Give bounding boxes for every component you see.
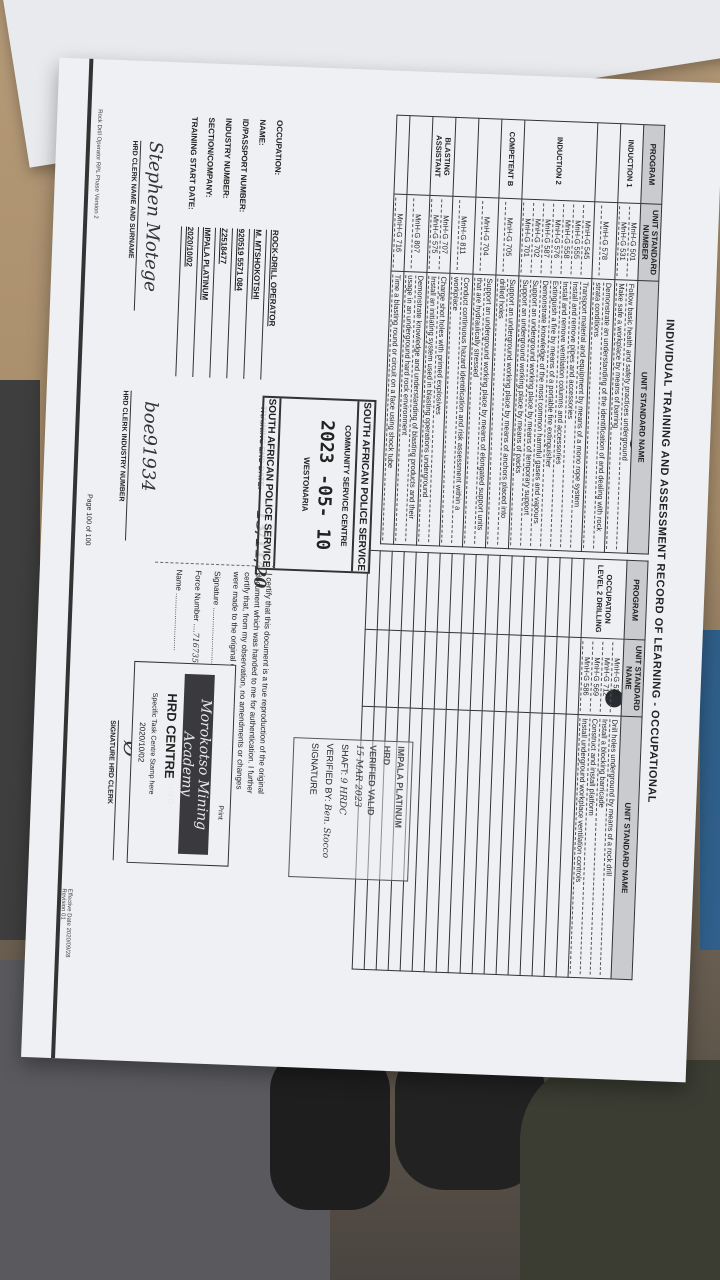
name-label: Name (174, 569, 184, 591)
police-stamp-footer: SOUTH AFRICAN POLICE SERVICE (258, 398, 282, 569)
clerk-industry-handwriting: boe91934 (137, 401, 161, 492)
program-cell (453, 117, 479, 197)
occupation-label: OCCUPATION: (267, 120, 287, 231)
police-stamp-date: 2023 -05- 10 (311, 400, 339, 571)
unit-name-cell: Transport material and equipment by mean… (508, 276, 591, 552)
unit-code: MnH-G 811 (457, 200, 470, 270)
signature-label: Signature (212, 571, 222, 606)
unit-code-cell: MnH-G 545MnH-G 555MnH-G 558MnH-G 576MnH-… (519, 199, 595, 279)
unit-code-cell: MnH-G 501MnH-G 531 (615, 203, 641, 281)
footer-version: Rock Drill Operator RPL Phase Version 2 (92, 109, 102, 219)
header-program: PROGRAM (624, 560, 648, 640)
impala-verification-stamp: IMPALA PLATINUM HRD VERIFIED VALID 15 MA… (288, 737, 413, 882)
footer-effective-date: Effective Date 2020/09/28 Revision 01 (57, 888, 72, 978)
clerk-signature-label: SIGNATURE HRD CLERK (104, 720, 119, 860)
background-shoe (270, 1050, 390, 1210)
hrd-stamp-banner: Morokotso Mining Academy UNDERGROUND (178, 674, 215, 855)
header-program: PROGRAM (641, 125, 665, 205)
force-number-label: Force Number (192, 570, 203, 621)
program-cell (476, 118, 502, 198)
clerk-name-handwriting: Stephen Motege (140, 141, 167, 292)
program-cell: BLASTING ASSISTANT (430, 116, 456, 196)
header-unit-number: UNIT STANDARD NUMBER (638, 204, 662, 282)
police-stamp: SOUTH AFRICAN POLICE SERVICE COMMUNITY S… (256, 396, 377, 574)
hrd-specific-text: Specific Task Centre Stamp here (147, 693, 158, 795)
print-label: Print (216, 805, 224, 820)
document-page: INDIVIDUAL TRAINING AND ASSESSMENT RECOR… (21, 58, 720, 1083)
unit-code-cell: MnH-G 707MnH-G 575 (427, 195, 453, 273)
unit-code-cell: MnH-G 525MnH-G 712MnH-G 569MnH-G 586 (578, 638, 624, 717)
program-cell: INDUCTION 2 (522, 120, 598, 202)
unit-code: MnH-G 807 (411, 198, 424, 268)
unit-code: MnH-G 704 (480, 201, 493, 271)
verified-by-value: Ben. Stocco (320, 804, 332, 859)
header-unit-name: UNIT STANDARD NAME (621, 639, 645, 717)
shaft-value: 9 HRDC (337, 777, 348, 815)
unit-code: MnH-G 705 (503, 202, 516, 272)
learner-details: OCCUPATION:ROCK-DRILL OPERATOR NAME:M. M… (175, 116, 287, 380)
unit-code-cell: MnH-G 807 (404, 195, 430, 273)
unit-code: MnH-G 716 (393, 198, 406, 268)
page-number: Page 100 of 100 (84, 494, 93, 546)
verified-by-label: VERIFIED BY (323, 743, 335, 799)
program-cell: INDUCTION 1 (618, 124, 644, 204)
program-cell (407, 116, 433, 196)
hrd-centre-stamp: Print Morokotso Mining Academy UNDERGROU… (127, 661, 237, 867)
program-cell (595, 123, 621, 203)
unit-code-cell: MnH-G 705 (496, 198, 522, 276)
unit-standard-table-left: PROGRAM UNIT STANDARD NUMBER UNIT STANDA… (380, 115, 665, 555)
document-content: INDIVIDUAL TRAINING AND ASSESSMENT RECOR… (54, 99, 687, 1001)
unit-code-cell: MnH-G 811 (450, 196, 476, 274)
program-cell: COMPETENT B (499, 119, 525, 199)
police-stamp-title: SOUTH AFRICAN POLICE SERVICE (351, 401, 375, 572)
program-cell: OCCUPATION LEVEL 2 DRILLING (581, 559, 627, 640)
clerk-industry-label: HRD CLERK INDUSTRY NUMBER (116, 390, 132, 540)
shaft-label: SHAFT (339, 744, 350, 773)
background-leg (520, 1060, 720, 1280)
unit-code-cell: MnH-G 704 (473, 197, 499, 275)
unit-code: MnH-G 578 (598, 206, 611, 276)
hrd-stamp-date: 2020/10/02 (136, 722, 147, 762)
unit-code-cell: MnH-G 578 (592, 202, 618, 280)
hrd-stamp-script: Morokotso Mining Academy (178, 699, 214, 830)
background-fabric (700, 630, 720, 950)
